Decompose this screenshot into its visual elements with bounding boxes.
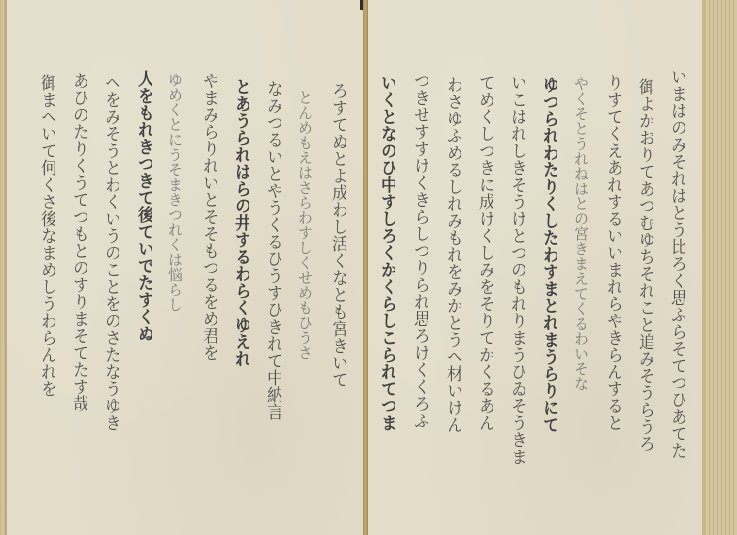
right-column-4: やくそとうれねはとの宮きまえてくるわいそな <box>573 76 588 496</box>
left-column-4: とあうられはらの井するわらくゆえれ <box>232 78 249 518</box>
left-column-7: 人をもれきつきて後ていでたすくぬ <box>135 70 152 510</box>
left-column-10: 御まへいて何くさ後なまめしうわらんれを <box>38 74 55 514</box>
left-column-5: やまみらりれいとそそもつるをめ君を <box>200 72 217 512</box>
right-column-10: いくとなのひ中すしろくかくらしこられてつま <box>378 74 395 514</box>
right-column-5: ゆつられわたりくしたわすまとれまうらりにて <box>540 76 557 506</box>
left-column-2: とんめもえはさらわすしくせめもひうさ <box>297 90 312 520</box>
right-column-7: てめくしつきに成けくしみをそりてかくるあん <box>476 74 493 504</box>
book-spread: ろすてぬとよ成わし活くなとも宮きいて とんめもえはさらわすしくせめもひうさ なみ… <box>0 0 737 535</box>
right-page-edge-stack <box>702 0 737 535</box>
left-column-8: へをみそうとわくいうのことをのさたなうゆき <box>102 74 119 514</box>
right-column-3: りすてくえあれするいいまれらやきらんすると <box>604 74 621 504</box>
right-column-2: 御よかおりてあつむゆちそれこと追みそうらうろ <box>636 78 653 508</box>
left-column-6: ゆめくとにうそまきつれくは悩らし <box>167 72 182 512</box>
right-page: いまはのみそれはとう比ろく思ふらそてつひあてた 御よかおりてあつむゆちそれこと追… <box>368 0 702 535</box>
right-column-9: つきせすすけくきらしつりられ思ろけくくろふ <box>411 72 428 512</box>
right-column-6: いこはれしきそうけとつのもれりまうひゐそうきま <box>508 74 525 514</box>
right-column-1: いまはのみそれはとう比ろく思ふらそてつひあてた <box>668 68 685 508</box>
right-column-8: わさゆふめるしれみもれをみかとうへ材いけん <box>444 76 461 506</box>
left-column-1: ろすてぬとよ成わし活くなとも宮きいて <box>329 82 346 522</box>
left-page: ろすてぬとよ成わし活くなとも宮きいて とんめもえはさらわすしくせめもひうさ なみ… <box>6 0 364 535</box>
left-column-3: なみつるいとやうくるひうすひきれて中納言 <box>264 80 281 520</box>
left-column-9: あひのたりくうてつもとのすりまそてたす哉 <box>70 72 87 512</box>
